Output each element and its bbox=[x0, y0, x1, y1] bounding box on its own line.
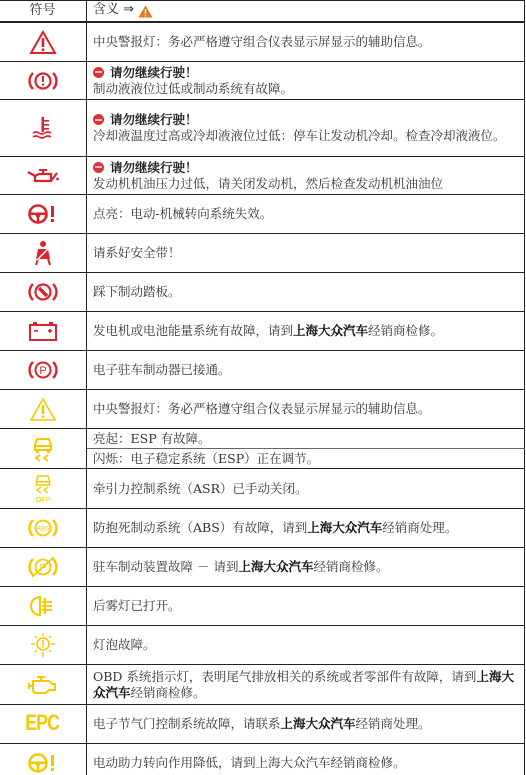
meaning-text: 驻车制动装置故障 － 请到上海大众汽车经销商检修。 bbox=[87, 548, 525, 587]
meaning-text: 发电机或电池能量系统有故障，请到上海大众汽车经销商检修。 bbox=[87, 312, 525, 351]
bulb-fault-icon bbox=[28, 637, 58, 652]
svg-text:ABS: ABS bbox=[36, 526, 50, 533]
epc-icon: EPC bbox=[26, 715, 60, 731]
table-row: 后雾灯已打开。 bbox=[0, 587, 525, 626]
table-row: 请系好安全带！ bbox=[0, 234, 525, 273]
table-row: P 电子驻车制动器已接通。 bbox=[0, 351, 525, 390]
brake-system-icon bbox=[27, 72, 59, 87]
table-row: 请勿继续行驶！制动液液位过低或制动系统有故障。 bbox=[0, 62, 525, 100]
parking-brake-fault-icon: P bbox=[27, 559, 59, 574]
check-engine-icon bbox=[25, 676, 61, 691]
table-row: 发电机或电池能量系统有故障，请到上海大众汽车经销商检修。 bbox=[0, 312, 525, 351]
meaning-text: 中央警报灯：务必严格遵守组合仪表显示屏显示的辅助信息。 bbox=[87, 390, 525, 429]
central-warning-yellow-icon bbox=[29, 401, 57, 416]
table-row: ABS 防抱死制动系统（ABS）有故障，请到上海大众汽车经销商处理。 bbox=[0, 509, 525, 548]
asr-off-icon: OFF bbox=[32, 480, 54, 495]
battery-icon bbox=[28, 323, 58, 338]
meaning-text: 踩下制动踏板。 bbox=[87, 273, 525, 312]
warning-triangle-icon bbox=[138, 4, 153, 20]
central-warning-red-icon bbox=[29, 34, 57, 49]
meaning-text: OBD 系统指示灯，表明尾气排放相关的系统或者零部件有故障，请到上海大众汽车经销… bbox=[87, 665, 525, 705]
meaning-text: 电子节气门控制系统故障，请联系上海大众汽车经销商处理。 bbox=[87, 705, 525, 744]
stop-icon bbox=[93, 114, 104, 125]
table-row: OBD 系统指示灯，表明尾气排放相关的系统或者零部件有故障，请到上海大众汽车经销… bbox=[0, 665, 525, 705]
seatbelt-icon bbox=[32, 245, 54, 260]
rear-fog-light-icon bbox=[29, 598, 57, 613]
meaning-text: 后雾灯已打开。 bbox=[87, 587, 525, 626]
table-row: P 驻车制动装置故障 － 请到上海大众汽车经销商检修。 bbox=[0, 548, 525, 587]
coolant-temperature-icon bbox=[29, 120, 57, 135]
meaning-text: 闪烁：电子稳定系统（ESP）正在调节。 bbox=[87, 449, 525, 469]
table-row: EPC 电子节气门控制系统故障，请联系上海大众汽车经销商处理。 bbox=[0, 705, 525, 744]
table-row: 电动助力转向作用降低，请到上海大众汽车经销商检修。 bbox=[0, 744, 525, 775]
steering-fault-yellow-icon bbox=[26, 755, 60, 770]
esp-icon bbox=[31, 440, 55, 455]
svg-text:OFF: OFF bbox=[35, 495, 50, 504]
meaning-text: 点亮：电动-机械转向系统失效。 bbox=[87, 195, 525, 234]
table-row: 中央警报灯：务必严格遵守组合仪表显示屏显示的辅助信息。 bbox=[0, 390, 525, 429]
meaning-text: 防抱死制动系统（ABS）有故障，请到上海大众汽车经销商处理。 bbox=[87, 509, 525, 548]
meaning-text: 灯泡故障。 bbox=[87, 626, 525, 665]
stop-icon bbox=[93, 162, 104, 173]
table-row: 中央警报灯：务必严格遵守组合仪表显示屏显示的辅助信息。 bbox=[0, 22, 525, 62]
table-row: 请勿继续行驶！发动机机油压力过低，请关闭发动机，然后检查发动机机油油位 bbox=[0, 157, 525, 195]
brake-pedal-icon bbox=[27, 284, 59, 299]
table-header-row: 符号 含义 ⇒ bbox=[0, 1, 525, 23]
table-row: 踩下制动踏板。 bbox=[0, 273, 525, 312]
parking-brake-icon: P bbox=[27, 362, 59, 377]
abs-icon: ABS bbox=[27, 520, 59, 535]
symbol-column-header: 符号 bbox=[0, 1, 87, 23]
meaning-text: 中央警报灯：务必严格遵守组合仪表显示屏显示的辅助信息。 bbox=[87, 22, 525, 62]
table-row: 灯泡故障。 bbox=[0, 626, 525, 665]
meaning-column-header: 含义 ⇒ bbox=[87, 1, 525, 23]
table-row: 亮起：ESP 有故障。 bbox=[0, 429, 525, 449]
meaning-text: 亮起：ESP 有故障。 bbox=[87, 429, 525, 449]
steering-fault-red-icon bbox=[26, 206, 60, 221]
table-row: 请勿继续行驶！冷却液温度过高或冷却液液位过低：停车让发动机冷却。检查冷却液液位。 bbox=[0, 100, 525, 157]
table-row: 点亮：电动-机械转向系统失效。 bbox=[0, 195, 525, 234]
meaning-text: 电动助力转向作用降低，请到上海大众汽车经销商检修。 bbox=[87, 744, 525, 775]
meaning-text: 牵引力控制系统（ASR）已手动关闭。 bbox=[87, 469, 525, 509]
svg-text:P: P bbox=[39, 365, 46, 377]
warning-lights-table: 符号 含义 ⇒ 中央警报灯：务必严格遵守组合仪表显示屏显示的辅助信息。 请勿继续… bbox=[0, 0, 525, 775]
stop-icon bbox=[93, 67, 104, 78]
meaning-text: 请系好安全带！ bbox=[87, 234, 525, 273]
table-row: OFF 牵引力控制系统（ASR）已手动关闭。 bbox=[0, 469, 525, 509]
oil-pressure-icon bbox=[25, 167, 61, 182]
meaning-text: 电子驻车制动器已接通。 bbox=[87, 351, 525, 390]
